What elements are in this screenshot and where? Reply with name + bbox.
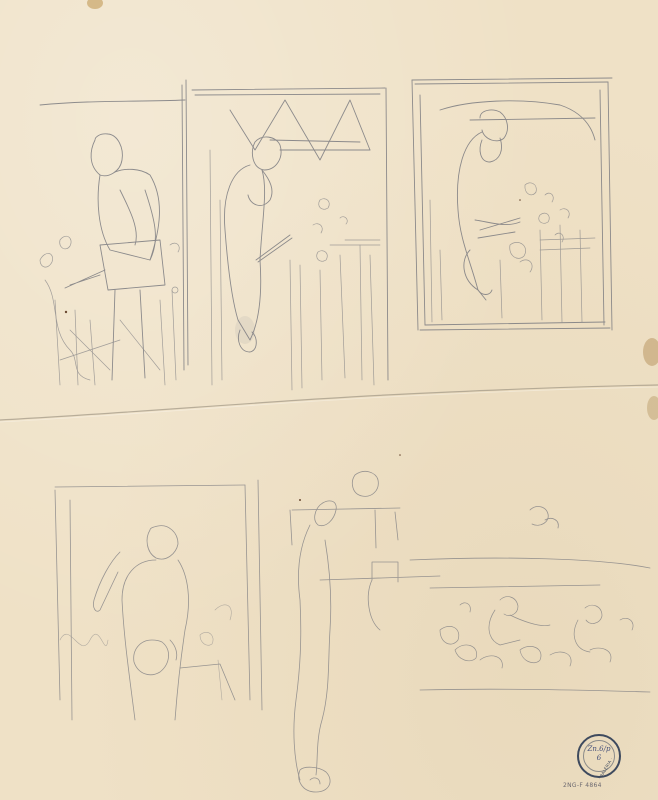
museum-stamp: Zn.6/p 6 · 9ALÉRIA · (577, 734, 621, 778)
panel-top-middle (192, 88, 388, 390)
fold-crease (0, 385, 658, 420)
inventory-inscription: 2NG-F 4864 (563, 782, 602, 789)
stamp-number: 6 (597, 754, 601, 762)
paper-specks (65, 199, 521, 501)
panel-top-left (40, 80, 188, 385)
panel-bottom-left (55, 480, 262, 720)
paper-stains (87, 0, 658, 420)
stamp-handwritten-text: Zn.6/p (588, 745, 611, 753)
panel-top-right (412, 78, 612, 330)
sketch-sheet: Zn.6/p 6 · 9ALÉRIA · 2NG-F 4864 (0, 0, 658, 800)
pencil-drawing (0, 0, 658, 800)
